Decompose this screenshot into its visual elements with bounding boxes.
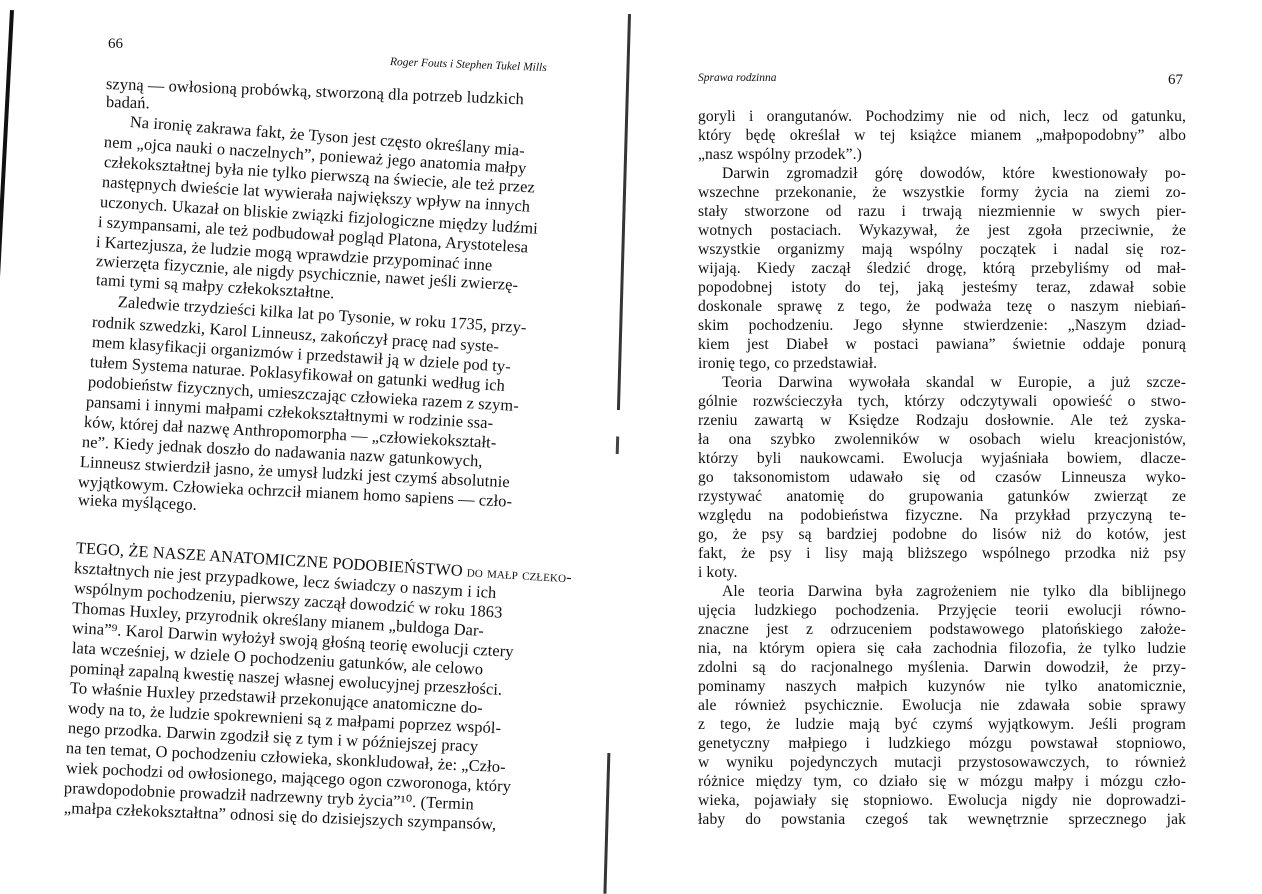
text-line: który będę określał w tej książce mianem…	[698, 127, 1186, 145]
text-line: względu na podobieństwa fizyczne. Na prz…	[698, 507, 1186, 525]
text-line: go taksonomistom udawało się od czasów L…	[698, 469, 1186, 487]
page-edge-shadow	[0, 10, 14, 300]
text-line: pominamy naszych małpich kuzynów nie tyl…	[698, 678, 1186, 696]
text-line: stały stworzone od razu i trwają niezmie…	[698, 203, 1186, 221]
text-line: rzeniu zawartą w Księdze Rodzaju dosłown…	[698, 412, 1186, 430]
text-line: znaczne jest z odrzuceniem podstawowego …	[698, 621, 1186, 639]
text-line: gólnie rozwścieczyła tych, którzy odczyt…	[698, 393, 1186, 411]
text-line: Ale teoria Darwina była zagrożeniem nie …	[722, 583, 1186, 601]
text-line: ironię tego, co przedstawiał.	[698, 355, 1186, 373]
text-line: szyną — owłosioną probówką, stworzoną dl…	[106, 74, 525, 109]
text-line: z tego, że ludzie mają być czymś wyjątko…	[698, 716, 1186, 734]
text-line: wijają. Kiedy zaczął śledzić drogę, któr…	[698, 260, 1186, 278]
text-line: wieka, pojawiały się stopniowo. Ewolucja…	[698, 792, 1186, 810]
text-line: którzy byli naukowcami. Ewolucja wyjaśni…	[698, 450, 1186, 468]
text-line: „nasz wspólny przodek”.)	[698, 146, 1186, 164]
text-line: i koty.	[698, 564, 1186, 582]
text-line: fakt, że psy i lisy mają bliższego wspól…	[698, 545, 1186, 563]
text-line: zdolni są do racjonalnego myślenia. Darw…	[698, 659, 1186, 677]
text-line: wszystkie organizmy mają wspólny począte…	[698, 241, 1186, 259]
text-line: go, że psy są bardziej podobne do lisów …	[698, 526, 1186, 544]
text-line: kiem jest Diabeł w postaci pawiana” świe…	[698, 336, 1186, 354]
text-line: nia, na którym opiera się cała zachodnia…	[698, 640, 1186, 658]
text-line: goryli i orangutanów. Pochodzimy nie od …	[698, 108, 1186, 126]
text-line: ła ona szybko zwolenników w osobach wiel…	[698, 431, 1186, 449]
text-line: rzystywać anatomię do grupowania gatunkó…	[698, 488, 1186, 506]
page-number: 67	[1168, 72, 1183, 89]
text-line: Darwin zgromadził górę dowodów, które kw…	[722, 165, 1186, 183]
text-line: ujęcia ludzkiego pochodzenia. Przyjęcie …	[698, 602, 1186, 620]
text-line: genetyczny małpiego i ludzkiego mózgu po…	[698, 735, 1186, 753]
running-head: Sprawa rodzinna	[698, 72, 777, 84]
text-line: skim pochodzeniu. Jego słynne stwierdzen…	[698, 317, 1186, 335]
text-line: wieka myślącego.	[78, 490, 198, 515]
text-line: doskonale sprawę z tego, że podważa tezę…	[698, 298, 1186, 316]
text-line: w wyniku pojedynczych mutacji przystosow…	[698, 754, 1186, 772]
text-line: łaby do powstania czegoś tak wewnętrznie…	[698, 811, 1186, 829]
text-line: badań.	[106, 92, 150, 113]
text-line: ale również psychicznie. Ewolucja nie zd…	[698, 697, 1186, 715]
text-line: popodobnej istoty do tej, jaką jesteśmy …	[698, 279, 1186, 297]
text-line: Teoria Darwina wywołała skandal w Europi…	[722, 374, 1186, 392]
text-line: wszechne przekonanie, że wszystkie formy…	[698, 184, 1186, 202]
running-head: Roger Fouts i Stephen Tukel Mills	[390, 56, 547, 74]
page-number: 66	[108, 36, 123, 53]
text-line: wotnych postaciach. Wykazywał, że jest z…	[698, 222, 1186, 240]
text-line: różnice między tym, co działo się w mózg…	[698, 773, 1186, 791]
left-page: 66 Roger Fouts i Stephen Tukel Mills szy…	[0, 0, 630, 894]
